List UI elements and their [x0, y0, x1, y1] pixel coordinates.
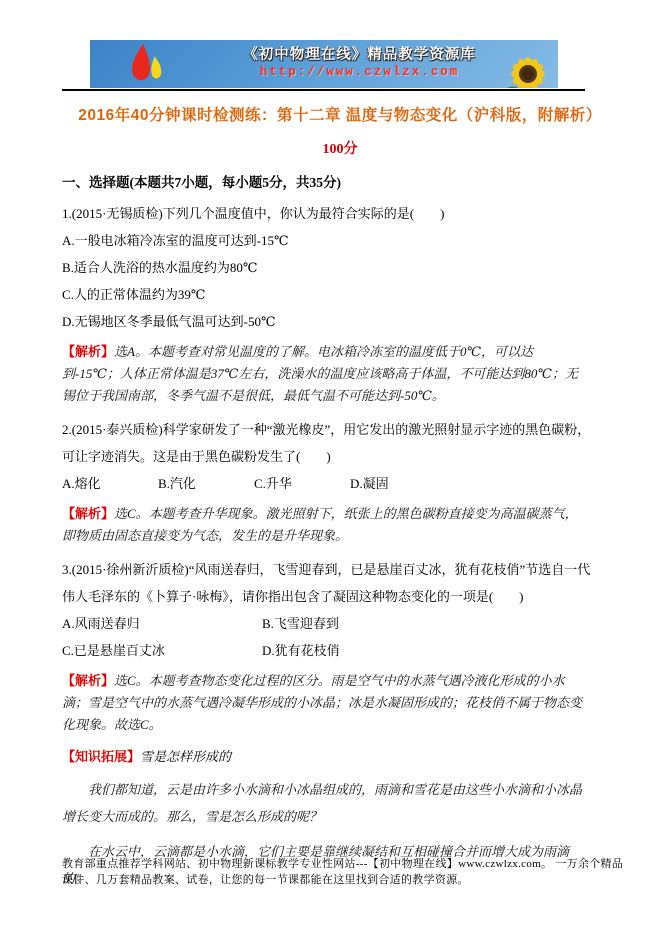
site-title: 《初中物理在线》精品教学资源库 — [210, 43, 510, 64]
option-a: A.风雨送春归 — [62, 610, 262, 637]
extension-paragraph-1: 我们都知道，云是由许多小水滴和小冰晶组成的，雨滴和雪花是由这些小水滴和小冰晶增长… — [62, 776, 590, 830]
doc-title: 2016年40分钟课时检测练：第十二章 温度与物态变化（沪科版，附解析） — [62, 103, 618, 125]
question-3: 3.(2015·徐州新沂质检)“风雨送春归，飞雪迎春到，已是悬崖百丈冰，犹有花枝… — [62, 556, 618, 736]
option-b: B.适合人洗浴的热水温度约为80℃ — [62, 254, 618, 281]
question-1-analysis: 【解析】选A。本题考查对常见温度的了解。电冰箱冷冻室的温度低于0℃，可以达到-1… — [62, 341, 590, 407]
analysis-label: 【解析】 — [62, 344, 114, 359]
option-d: D.犹有花枝俏 — [262, 637, 492, 664]
analysis-text: 选C。本题考查升华现象。激光照射下，纸张上的黑色碳粉直接变为高温碳蒸气，即物质由… — [62, 506, 578, 543]
page-header: 《初中物理在线》精品教学资源库 http://www.czwlzx.com — [62, 40, 585, 91]
question-3-options: A.风雨送春归 B.飞雪迎春到 C.已是悬崖百丈冰 D.犹有花枝俏 — [62, 610, 492, 664]
question-1-stem: 1.(2015·无锡质检)下列几个温度值中，你认为最符合实际的是( ) — [62, 200, 602, 227]
option-a: A.熔化 — [62, 470, 158, 497]
banner-text-block: 《初中物理在线》精品教学资源库 http://www.czwlzx.com — [210, 43, 510, 79]
option-b: B.飞雪迎春到 — [262, 610, 492, 637]
question-2-options: A.熔化 B.汽化 C.升华 D.凝固 — [62, 470, 618, 497]
option-c: C.升华 — [254, 470, 350, 497]
option-c: C.已是悬崖百丈冰 — [62, 637, 262, 664]
analysis-text: 选C。本题考查物态变化过程的区分。雨是空气中的水蒸气遇冷液化形成的小水滴；雪是空… — [62, 673, 582, 732]
section-heading: 一、选择题(本题共7小题，每小题5分，共35分) — [62, 171, 618, 191]
question-3-stem: 3.(2015·徐州新沂质检)“风雨送春归，飞雪迎春到，已是悬崖百丈冰，犹有花枝… — [62, 556, 602, 610]
site-banner: 《初中物理在线》精品教学资源库 http://www.czwlzx.com — [90, 40, 558, 88]
page-footer: 教育部重点推荐学科网站、初中物理新课标教学专业性网站---【初中物理在线】www… — [62, 856, 625, 888]
question-3-analysis: 【解析】选C。本题考查物态变化过程的区分。雨是空气中的水蒸气遇冷液化形成的小水滴… — [62, 670, 590, 736]
option-c: C.人的正常体温约为39℃ — [62, 281, 618, 308]
extension-label: 【知识拓展】 — [62, 749, 140, 764]
question-2-stem: 2.(2015·泰兴质检)科学家研发了一种“激光橡皮”，用它发出的激光照射显示字… — [62, 416, 602, 470]
option-d: D.无锡地区冬季最低气温可达到-50℃ — [62, 308, 618, 335]
document-body: 2016年40分钟课时检测练：第十二章 温度与物态变化（沪科版，附解析） 100… — [62, 103, 618, 892]
extension-title: 雪是怎样形成的 — [140, 749, 231, 764]
analysis-text: 选A。本题考查对常见温度的了解。电冰箱冷冻室的温度低于0℃，可以达到-15℃；人… — [62, 344, 578, 403]
analysis-label: 【解析】 — [62, 673, 114, 688]
option-a: A.一般电冰箱冷冻室的温度可达到-15℃ — [62, 227, 618, 254]
extension-heading: 【知识拓展】雪是怎样形成的 — [62, 746, 618, 768]
question-1-options: A.一般电冰箱冷冻室的温度可达到-15℃ B.适合人洗浴的热水温度约为80℃ C… — [62, 227, 618, 335]
total-score: 100分 — [62, 138, 618, 158]
option-d: D.凝固 — [350, 470, 389, 497]
question-1: 1.(2015·无锡质检)下列几个温度值中，你认为最符合实际的是( ) A.一般… — [62, 200, 618, 407]
question-2-analysis: 【解析】选C。本题考查升华现象。激光照射下，纸张上的黑色碳粉直接变为高温碳蒸气，… — [62, 503, 590, 547]
flame-logo-icon — [122, 42, 168, 88]
option-b: B.汽化 — [158, 470, 254, 497]
analysis-label: 【解析】 — [62, 506, 114, 521]
sunflower-icon — [500, 48, 552, 88]
question-2: 2.(2015·泰兴质检)科学家研发了一种“激光橡皮”，用它发出的激光照射显示字… — [62, 416, 618, 547]
site-url: http://www.czwlzx.com — [210, 65, 510, 79]
